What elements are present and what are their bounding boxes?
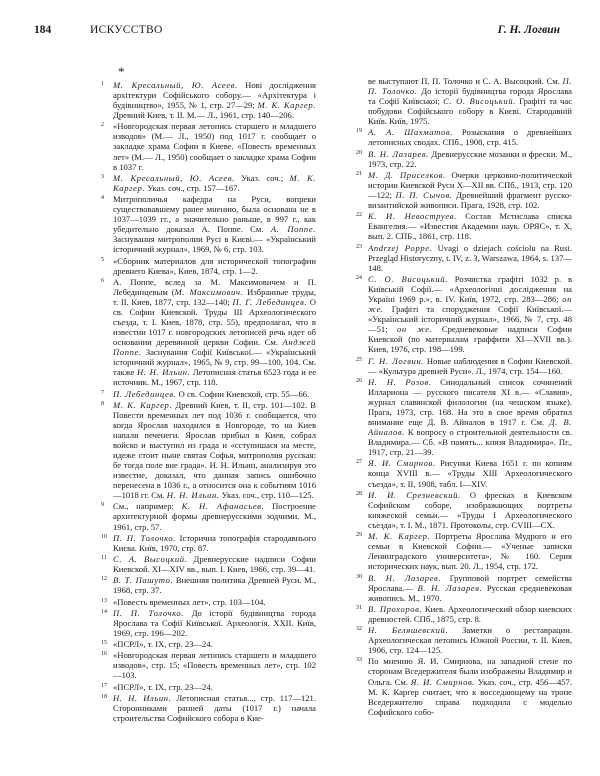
- footnote-text: «Новгородская первая летопись старшего и…: [113, 121, 316, 171]
- footnote-number: 28: [356, 489, 366, 499]
- footnote: 7П. Лебединцев. О св. Софии Киевской, ст…: [103, 389, 316, 399]
- footnote: 25Г. Н. Логвин. Новые наблюдения в Софии…: [358, 356, 572, 376]
- cited-author: М. К. Каргер.: [113, 400, 172, 410]
- footnote-text: Заснування митрополии Русі в Києві.— «Ук…: [113, 234, 316, 254]
- footnote: 8М. К. Каргер. Древний Киев, т. II, стр.…: [103, 400, 316, 500]
- cited-author: П. Лебединцев.: [113, 389, 176, 399]
- footnote: 14П. П. Толочко. До історії будівництва …: [103, 608, 316, 638]
- footnote-number: 20: [356, 148, 366, 158]
- footnote-number: 23: [356, 242, 366, 252]
- cited-author: он же.: [397, 324, 432, 334]
- running-header: 184 ИСКУССТВО Г. Н. Логвин: [34, 24, 560, 42]
- cited-author: Г. Н. Логвин.: [368, 356, 424, 366]
- footnote-number: 6: [101, 276, 111, 286]
- footnote: 33По мнению Я. И. Смирнова, на западной …: [358, 656, 572, 716]
- footnote-text: Указ. соч., стр. 110—125.: [220, 490, 314, 500]
- footnote: 9См., например: К. Н. Афанасьев. Построе…: [103, 501, 316, 531]
- footnote: 29М. К. Каргер. Портреты Ярослава Мудрог…: [358, 531, 572, 571]
- cited-author: П. Г. Лебединцев.: [232, 297, 307, 307]
- footnote: 23Andrzej Poppe. Uvagi o dziejach cościo…: [358, 243, 572, 273]
- footnote-number: 2: [101, 120, 111, 130]
- cited-author: Н. Н. Ильин.: [113, 693, 171, 703]
- footnote: 12В. Т. Пашуто. Внешняя политика Древней…: [103, 575, 316, 595]
- footnote-text: См., например:: [113, 501, 182, 511]
- footnote-number: 1: [101, 79, 111, 89]
- cited-author: В. Т. Пашуто.: [113, 575, 173, 585]
- footnote: 3М. Кресальный, Ю. Асеев. Указ. соч.; М.…: [103, 173, 316, 193]
- footnote-number: 25: [356, 355, 366, 365]
- footnote-number: 13: [101, 596, 111, 606]
- cited-author: К. И. Невоструев.: [368, 211, 457, 221]
- footnote: 19А. А. Шахматов. Розыскания о древнейши…: [358, 127, 572, 147]
- footnote: 11С. А. Высоцкий. Древнерусские надписи …: [103, 554, 316, 574]
- footnote-number: 7: [101, 388, 111, 398]
- footnote: 15«ПСРЛ», т. IX, стр. 23—24.: [103, 639, 316, 649]
- footnote-number: 32: [356, 624, 366, 634]
- cited-author: К. Н. Афанасьев.: [182, 501, 265, 511]
- footnote-number: 29: [356, 530, 366, 540]
- cited-author: Andrzej Poppe.: [368, 243, 432, 253]
- cited-author: И. И. Срезневский.: [368, 490, 461, 500]
- section-title: ИСКУССТВО: [90, 24, 163, 36]
- footnote-number: 22: [356, 210, 366, 220]
- footnote-number: 12: [101, 574, 111, 584]
- footnote: 22К. И. Невоструев. Состав Мстислава спи…: [358, 211, 572, 241]
- cited-author: М. К. Каргер.: [258, 100, 316, 110]
- footnote: 17«ПСРЛ», т. IX, стр. 23—24.: [103, 682, 316, 692]
- footnotes-left-column: 1М. Кресальный, Ю. Асеев. Нові досліджен…: [103, 80, 316, 724]
- footnote-number: 3: [101, 172, 111, 182]
- footnote: 20В. Н. Лазарев. Древнерусские мозаики и…: [358, 149, 572, 169]
- footnote: 2«Новгородская первая летопись старшего …: [103, 121, 316, 171]
- cited-author: В. Прохоров.: [368, 604, 422, 614]
- cited-author: М. Кресальный, Ю. Асеев.: [113, 173, 235, 183]
- footnote-number: 30: [356, 572, 366, 582]
- footnote: 13«Повесть временных лет», стр. 103—104.: [103, 597, 316, 607]
- cited-author: Н. Н. Ильин.: [167, 490, 220, 500]
- footnote: 5«Сборник материалов для исторической то…: [103, 256, 316, 276]
- footnote: 1М. Кресальный, Ю. Асеев. Нові досліджен…: [103, 80, 316, 120]
- footnote-number: 9: [101, 500, 111, 510]
- running-author: Г. Н. Логвин: [498, 24, 560, 36]
- cited-author: Н. Н. Ильин.: [137, 367, 190, 377]
- footnote: 26Н. Н. Розов. Синодальный список сочине…: [358, 377, 572, 457]
- cited-author: Я. И. Смирнов.: [368, 458, 436, 468]
- cited-author: М. Максимович.: [175, 287, 244, 297]
- footnote: 27Я. И. Смирнов. Рисунки Киева 1651 г. п…: [358, 458, 572, 488]
- cited-author: П. П. Сычов.: [396, 190, 453, 200]
- footnote-number: 14: [101, 607, 111, 617]
- footnote-text: Древний Киев, т. II, стр. 101—102. В Пов…: [113, 400, 316, 500]
- cited-author: М. К. Каргер.: [368, 531, 430, 541]
- cited-author: В. Н. Лазарев.: [368, 573, 441, 583]
- footnote-text: ве выступают П. П. Толочко и С. А. Высоц…: [368, 76, 562, 86]
- footnote-text: Указ. соч., стр. 157—167.: [145, 183, 239, 193]
- cited-author: С. О. Висоцький.: [443, 96, 516, 106]
- footnote-text: «ПСРЛ», т. IX, стр. 23—24.: [113, 639, 213, 649]
- cited-author: А. А. Шахматов.: [368, 127, 453, 137]
- footnote: 24С. О. Висоцький. Розчистка графіті 103…: [358, 274, 572, 354]
- page-number: 184: [34, 24, 51, 36]
- footnote-number: 27: [356, 457, 366, 467]
- cited-author: Н. Н. Розов.: [368, 377, 432, 387]
- footnote-number: 26: [356, 376, 366, 386]
- cited-author: С. О. Висоцький.: [368, 274, 448, 284]
- footnote-number: 31: [356, 603, 366, 613]
- footnote: 6А. Поппе, вслед за М. Максимовичем и П.…: [103, 277, 316, 388]
- cited-author: А. Поппе.: [271, 224, 316, 234]
- cited-author: Я. И. Смирнов.: [411, 677, 475, 687]
- cited-author: М. Д. Приселков.: [368, 170, 446, 180]
- footnote-number: 17: [101, 681, 111, 691]
- footnote: 10П. П. Толочко. Історична топографія ст…: [103, 533, 316, 553]
- footnote-text: «Повесть временных лет», стр. 103—104.: [113, 597, 266, 607]
- footnote-number: 21: [356, 169, 366, 179]
- cited-author: С. А. Высоцкий.: [113, 554, 187, 564]
- cited-author: В. Н. Лазарев.: [417, 583, 482, 593]
- footnote-number: 4: [101, 193, 111, 203]
- footnotes-right-column: ве выступают П. П. Толочко и С. А. Высоц…: [358, 76, 572, 718]
- cited-author: М. Кресальный, Ю. Асеев.: [113, 80, 238, 90]
- footnote-number: 8: [101, 399, 111, 409]
- footnote: 32Н. Беляшевский. Заметки о реставрации.…: [358, 625, 572, 655]
- footnote: 28И. И. Срезневский. О фресках в Киевско…: [358, 490, 572, 530]
- footnote-text: «Новгородская первая летопись старшего и…: [113, 650, 316, 680]
- footnote: 31В. Прохоров. Киев. Археологический обз…: [358, 604, 572, 624]
- footnote: 4Митрополичья кафедра на Руси, вопреки с…: [103, 194, 316, 254]
- footnote-number: 11: [101, 553, 111, 563]
- footnote-text: Древний Киев, т. II. М.— Л., 1961, стр. …: [113, 110, 294, 120]
- cited-author: П. П. Толочко.: [113, 533, 176, 543]
- footnote: 30В. Н. Лазарев. Групповой портрет семей…: [358, 573, 572, 603]
- footnote: ве выступают П. П. Толочко и С. А. Высоц…: [358, 76, 572, 126]
- footnote-number: 18: [101, 692, 111, 702]
- footnote: 21М. Д. Приселков. Очерки церковно-полит…: [358, 170, 572, 210]
- footnote: 18Н. Н. Ильин. Летописная статья..., стр…: [103, 693, 316, 723]
- footnote-text: «ПСРЛ», т. IX, стр. 23—24.: [113, 682, 213, 692]
- footnote-number: 24: [356, 273, 366, 283]
- cited-author: В. Н. Лазарев.: [368, 149, 429, 159]
- footnote-number: 33: [356, 655, 366, 665]
- footnote-number: 19: [356, 126, 366, 136]
- footnote-text: Указ. соч.;: [235, 173, 290, 183]
- notes-separator: *: [118, 64, 125, 80]
- footnote-number: 15: [101, 638, 111, 648]
- footnote-text: О св. Софии Киевской, стр. 55—66.: [176, 389, 309, 399]
- cited-author: Н. Беляшевский.: [368, 625, 448, 635]
- footnote-number: 5: [101, 255, 111, 265]
- footnote-number: 16: [101, 649, 111, 659]
- footnote-text: «Сборник материалов для исторической топ…: [113, 256, 316, 276]
- footnote: 16«Новгородская первая летопись старшего…: [103, 650, 316, 680]
- footnote-number: 10: [101, 532, 111, 542]
- cited-author: П. П. Толочко.: [113, 608, 184, 618]
